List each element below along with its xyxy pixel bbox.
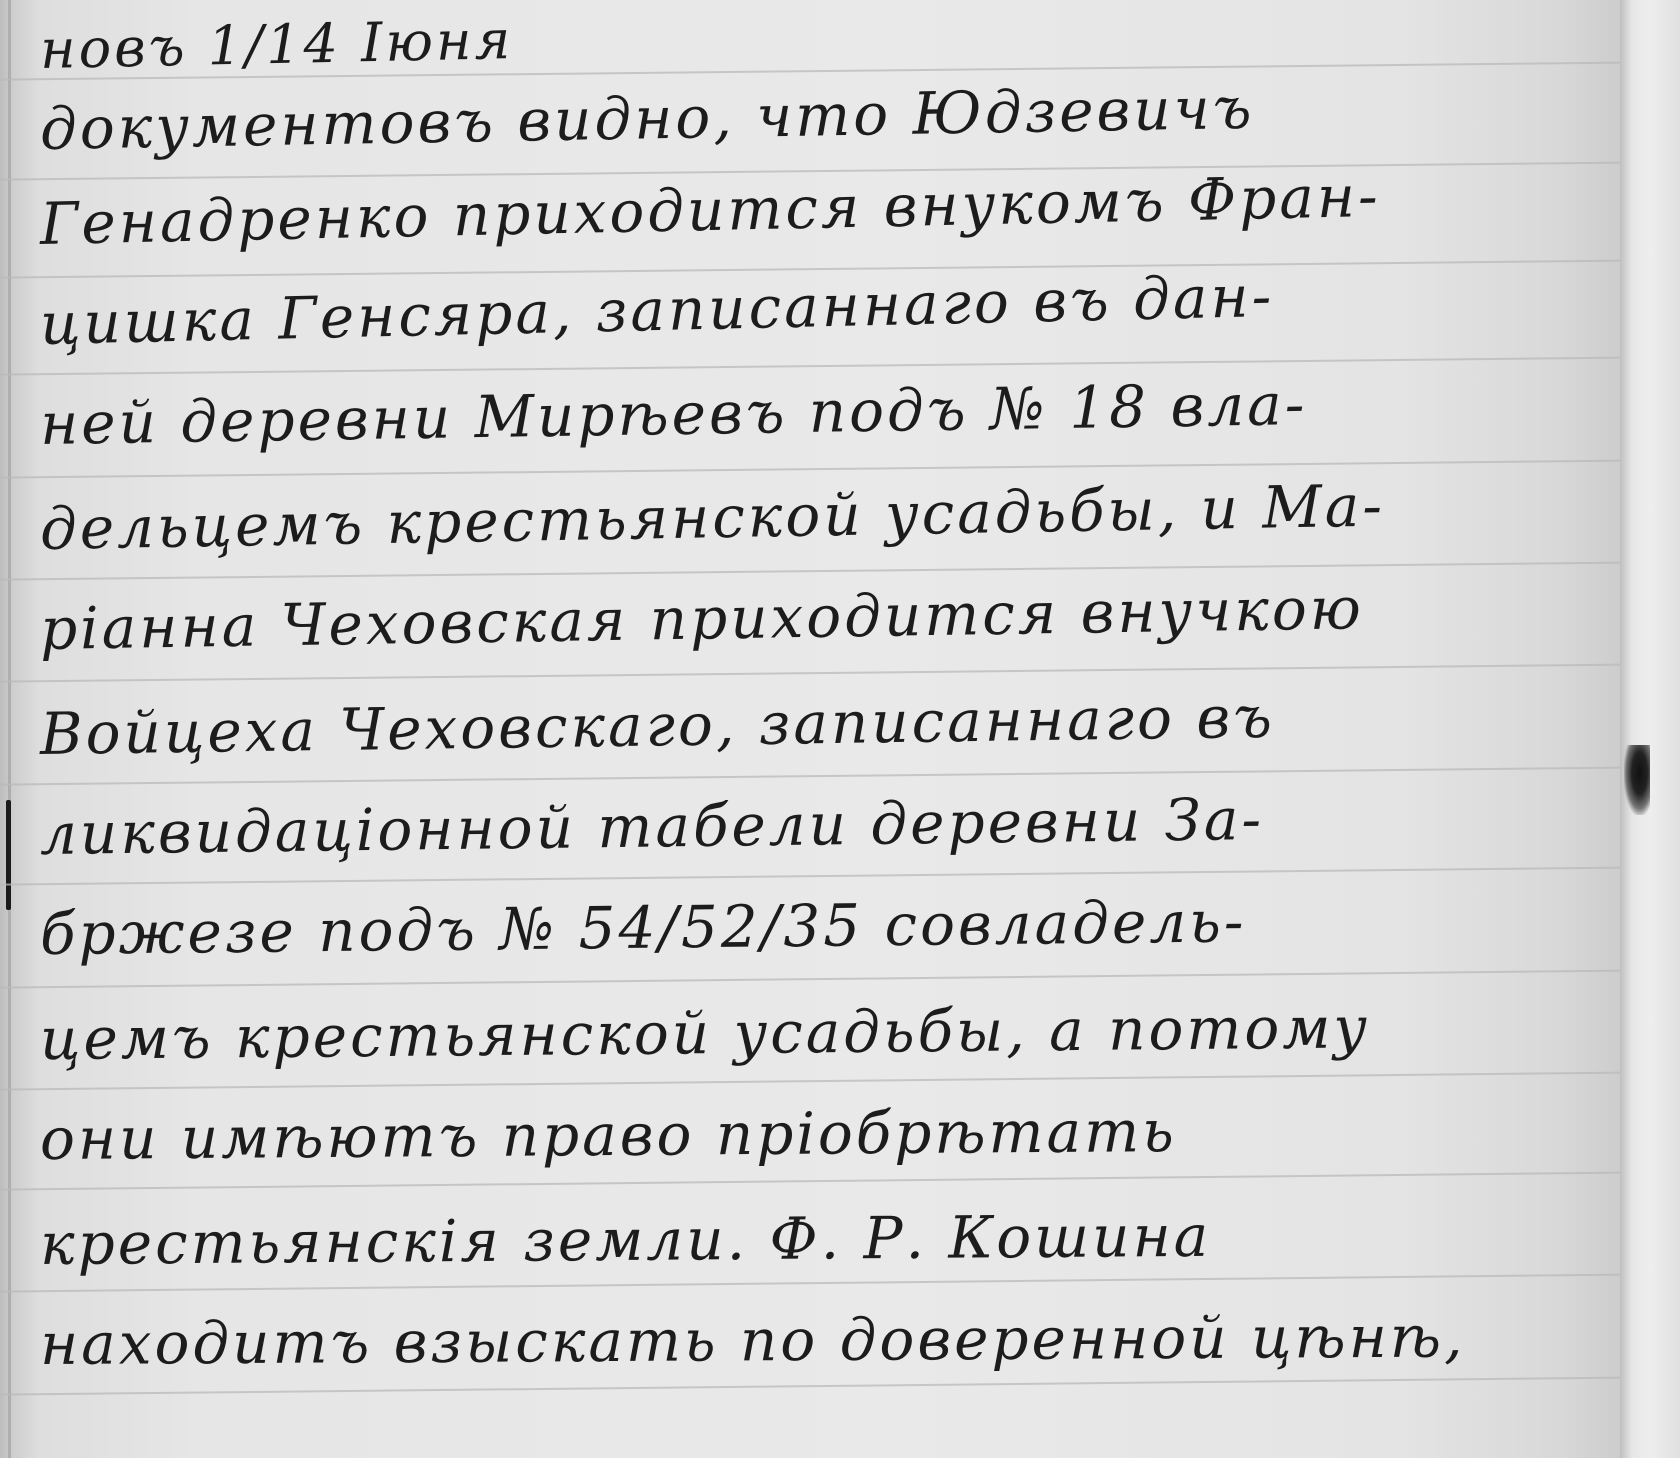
text-line-7: ріанна Чеховская приходится внучкою xyxy=(39,574,1364,663)
text-line-12: они имѣютъ право пріобрѣтать xyxy=(40,1097,1177,1173)
text-line-5: ней деревни Мирѣевъ подъ № 18 вла- xyxy=(39,370,1307,458)
binding-shadow xyxy=(1624,745,1650,815)
text-line-9: ликвидаціонной табели деревни За- xyxy=(40,785,1265,868)
text-line-6: дельцемъ крестьянской усадьбы, и Ма- xyxy=(39,472,1385,563)
handwritten-text: новъ 1/14 Іюня документовъ видно, что Юд… xyxy=(0,0,1650,1458)
text-line-2: документовъ видно, что Юдзевичъ xyxy=(39,74,1254,163)
text-line-14: находитъ взыскать по доверенной цѣнѣ, xyxy=(40,1303,1466,1378)
text-line-4: цишка Генсяра, записаннаго въ дан- xyxy=(39,262,1275,358)
text-line-11: цемъ крестьянской усадьбы, а потому xyxy=(40,993,1371,1073)
text-line-10: бржезе подъ № 54/52/35 совладель- xyxy=(40,887,1247,968)
text-line-1: новъ 1/14 Іюня xyxy=(39,8,514,81)
text-line-13: крестьянскія земли. Ф. Р. Кошина xyxy=(40,1202,1212,1278)
page-gutter xyxy=(1620,0,1680,1458)
text-line-3: Генадренко приходится внукомъ Фран- xyxy=(39,162,1381,258)
text-line-8: Войцеха Чеховскаго, записаннаго въ xyxy=(40,683,1276,768)
manuscript-page: новъ 1/14 Іюня документовъ видно, что Юд… xyxy=(0,0,1650,1458)
